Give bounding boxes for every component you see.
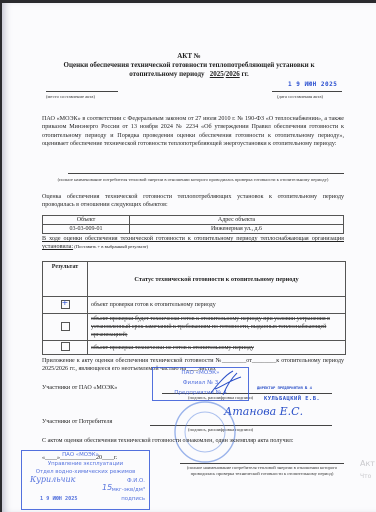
intro-paragraph: ПАО «МОЭК» в соответствии с Федеральным … xyxy=(42,115,344,149)
status-conditional: объект проверки будет технически готов к… xyxy=(88,314,346,341)
object-id: 03-03-009-01 xyxy=(43,225,130,234)
date-line xyxy=(272,91,342,92)
ready-checkbox[interactable] xyxy=(61,300,70,309)
acquainted-text: С актом оценки обеспечения технической г… xyxy=(42,437,344,445)
consumer-caption: (полное наименование потребителя теплово… xyxy=(42,177,344,183)
status-ready: объект проверки готов к отопительному пе… xyxy=(88,297,346,314)
result-row-ready: объект проверки готов к отопительному пе… xyxy=(43,297,346,314)
consumer-line xyxy=(68,173,344,174)
director-signature-icon xyxy=(207,367,247,397)
col-header-object: Объект xyxy=(43,216,130,225)
date-stamp: 1 9 ИЮН 2025 xyxy=(288,81,337,88)
conditional-checkbox[interactable] xyxy=(61,322,70,331)
col-header-result: Результат xyxy=(43,262,88,297)
act-period: отопительному периоду 2025/2026 гг. xyxy=(2,69,376,79)
not-ready-checkbox[interactable] xyxy=(61,342,70,351)
status-not-ready: объект проверки технически не готов к от… xyxy=(88,341,346,355)
result-row-conditional: объект проверки будет технически готов к… xyxy=(43,314,346,341)
result-intro: В ходе оценки обеспечения технической го… xyxy=(42,235,344,252)
watermark-line1: Акт xyxy=(360,459,375,468)
director-name: КУЛЬБАЦКИЙ Е.В. xyxy=(264,396,320,402)
document-page: АКТ № Оценки обеспечения технической гот… xyxy=(2,3,376,512)
stamp-value: 15 xyxy=(102,484,112,493)
water-chemistry-stamp: ПАО «МОЭК» Управление эксплуатации Отдел… xyxy=(21,450,150,510)
participants-consumer-label: Участники от Потребителя xyxy=(42,419,112,425)
consumer-name-line xyxy=(180,463,344,464)
place-caption: (место составление акта) xyxy=(46,94,95,99)
col-header-address: Адрес объекта xyxy=(130,216,344,225)
objects-table: Объект Адрес объекта 03-03-009-01 Инжене… xyxy=(42,215,344,234)
object-address: Инженерная ул., д.6 xyxy=(130,225,344,234)
watermark-line2: Что xyxy=(360,473,371,480)
consumer-signature: Атанова Е.С. xyxy=(224,405,303,418)
col-header-status: Статус технической готовности к отопител… xyxy=(88,262,346,297)
result-table: Результат Статус технической готовности … xyxy=(42,261,346,355)
director-title: ДИРЕКТОР ПРЕДПРИЯТИЯ № 4 xyxy=(257,385,312,390)
result-row-not-ready: объект проверки технически не готов к от… xyxy=(43,341,346,355)
stamp-fio-signature: Курильчик xyxy=(30,476,75,485)
year-end: 2026 xyxy=(226,70,240,78)
consumer-caption-2: (полное наименование потребителя теплово… xyxy=(178,465,346,477)
participants-moek-label: Участники от ПАО «МОЭК» xyxy=(42,385,117,391)
objects-intro: Оценка обеспечения технической готовност… xyxy=(42,193,344,210)
table-row: 03-03-009-01 Инженерная ул., д.6 xyxy=(43,225,344,234)
place-line xyxy=(46,91,118,92)
year-start: 2025 xyxy=(210,70,224,78)
stamp-date: 1 9 ИЮН 2025 xyxy=(40,495,77,504)
date-caption: (дата составления акта) xyxy=(277,94,323,99)
